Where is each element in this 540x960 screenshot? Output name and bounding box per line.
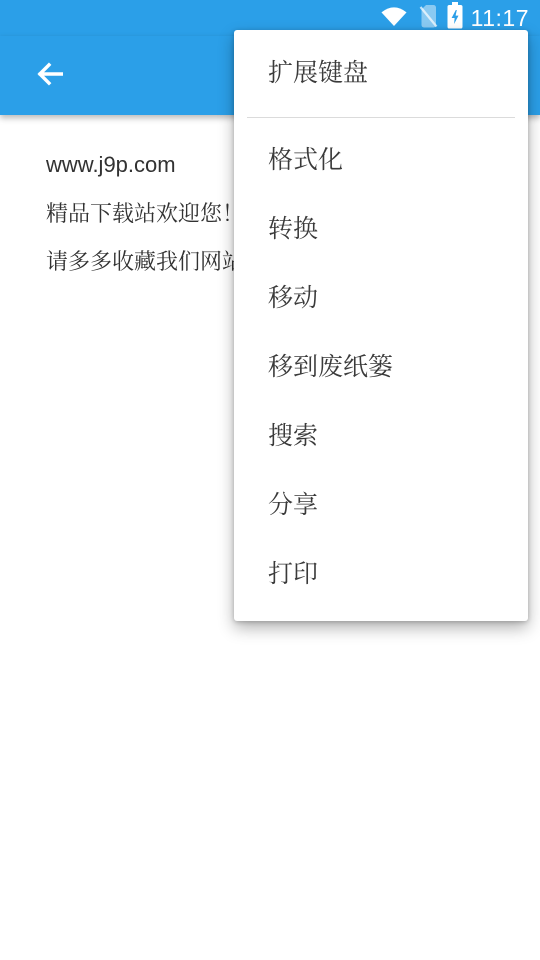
menu-item-move[interactable]: 移动 — [234, 264, 528, 333]
menu-item-extended-keyboard[interactable]: 扩展键盘 — [234, 38, 528, 109]
arrow-left-icon — [34, 59, 65, 92]
back-button[interactable] — [27, 54, 71, 98]
overflow-popup-menu: 扩展键盘 格式化 转换 移动 移到废纸篓 搜索 分享 打印 — [234, 30, 528, 621]
menu-item-search[interactable]: 搜索 — [234, 402, 528, 471]
menu-item-share[interactable]: 分享 — [234, 471, 528, 540]
menu-item-convert[interactable]: 转换 — [234, 195, 528, 264]
popup-section-top: 扩展键盘 — [234, 30, 528, 117]
no-sim-icon — [415, 3, 440, 34]
menu-item-print[interactable]: 打印 — [234, 540, 528, 609]
menu-item-format[interactable]: 格式化 — [234, 126, 528, 195]
menu-item-move-to-trash[interactable]: 移到废纸篓 — [234, 333, 528, 402]
wifi-icon — [380, 4, 408, 32]
android-screen: 11:17 www.j9p.com 精品下载站欢迎您！ 请多多收藏我们网站 扩展… — [0, 0, 540, 960]
popup-section-main: 格式化 转换 移动 移到废纸篓 搜索 分享 打印 — [234, 118, 528, 621]
